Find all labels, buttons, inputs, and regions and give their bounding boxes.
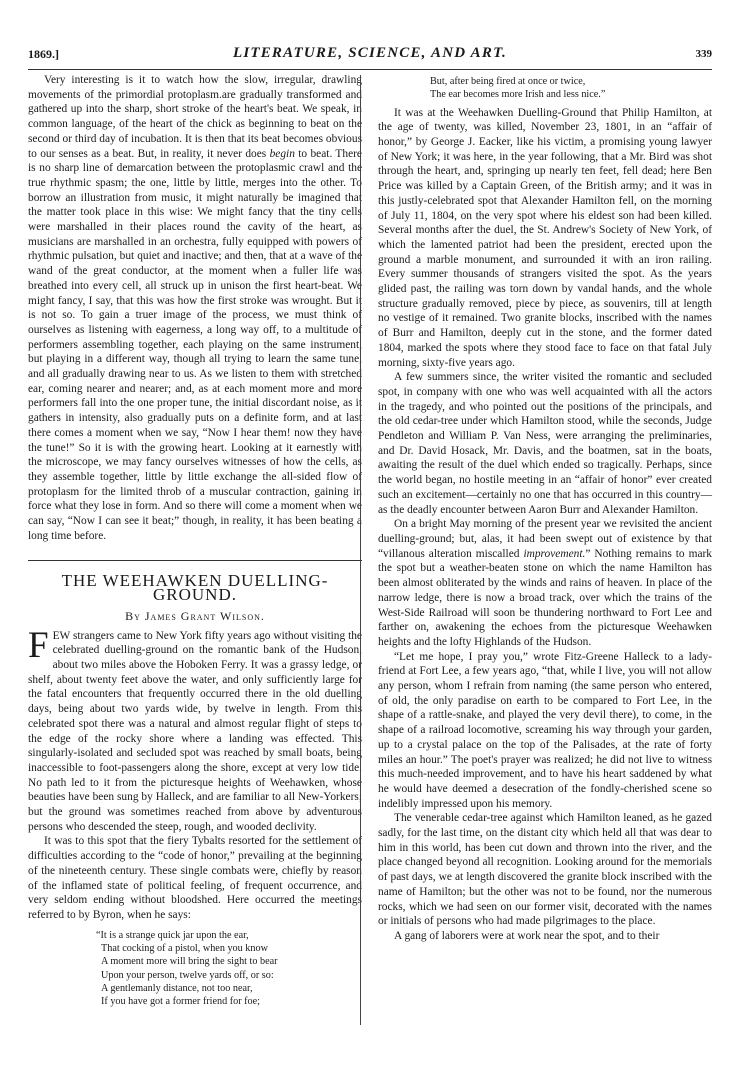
article-paragraph-8: A gang of laborers were at work near the… bbox=[378, 929, 712, 944]
section-divider bbox=[28, 560, 362, 561]
byline: By James Grant Wilson. bbox=[28, 609, 362, 624]
article-paragraph-1: FEW strangers came to New York fifty yea… bbox=[28, 629, 362, 835]
article-paragraph-2: It was to this spot that the fiery Tybal… bbox=[28, 834, 362, 922]
verse-line: That cocking of a pistol, when you know bbox=[96, 942, 362, 955]
verse-line: A gentlemanly distance, not too near, bbox=[96, 982, 362, 995]
verse-line: The ear becomes more Irish and less nice… bbox=[430, 88, 712, 101]
journal-title: LITERATURE, SCIENCE, AND ART. bbox=[28, 45, 712, 62]
emphasis-begin: begin bbox=[270, 148, 295, 160]
verse-line: Upon your person, twelve yards off, or s… bbox=[96, 969, 362, 982]
running-head: 1869.] LITERATURE, SCIENCE, AND ART. 339 bbox=[28, 45, 712, 63]
verse-line: A moment more will bring the sight to be… bbox=[96, 955, 362, 968]
verse-line: “It is a strange quick jar upon the ear, bbox=[96, 929, 362, 942]
article-paragraph-5: On a bright May morning of the present y… bbox=[378, 517, 712, 649]
right-column: But, after being fired at once or twice,… bbox=[378, 73, 712, 944]
article-title: THE WEEHAWKEN DUELLING-GROUND. bbox=[28, 574, 362, 603]
byron-verse-continued: But, after being fired at once or twice,… bbox=[430, 75, 712, 102]
article-paragraph-3: It was at the Weehawken Duelling-Ground … bbox=[378, 106, 712, 371]
article-paragraph-7: The venerable cedar-tree against which H… bbox=[378, 811, 712, 929]
header-rule bbox=[28, 69, 712, 70]
article-paragraph-6: “Let me hope, I pray you,” wrote Fitz-Gr… bbox=[378, 650, 712, 812]
article-paragraph-4: A few summers since, the writer visited … bbox=[378, 370, 712, 517]
byron-verse: “It is a strange quick jar upon the ear,… bbox=[96, 929, 362, 1009]
verse-line: But, after being fired at once or twice, bbox=[430, 75, 712, 88]
verse-line: If you have got a former friend for foe; bbox=[96, 995, 362, 1008]
left-column: Very interesting is it to watch how the … bbox=[28, 73, 362, 1012]
emphasis-improvement: improvement. bbox=[523, 548, 585, 560]
column-divider bbox=[360, 75, 361, 1025]
intro-paragraph: Very interesting is it to watch how the … bbox=[28, 73, 362, 544]
drop-cap: F bbox=[28, 631, 49, 661]
page-number: 339 bbox=[696, 48, 713, 60]
